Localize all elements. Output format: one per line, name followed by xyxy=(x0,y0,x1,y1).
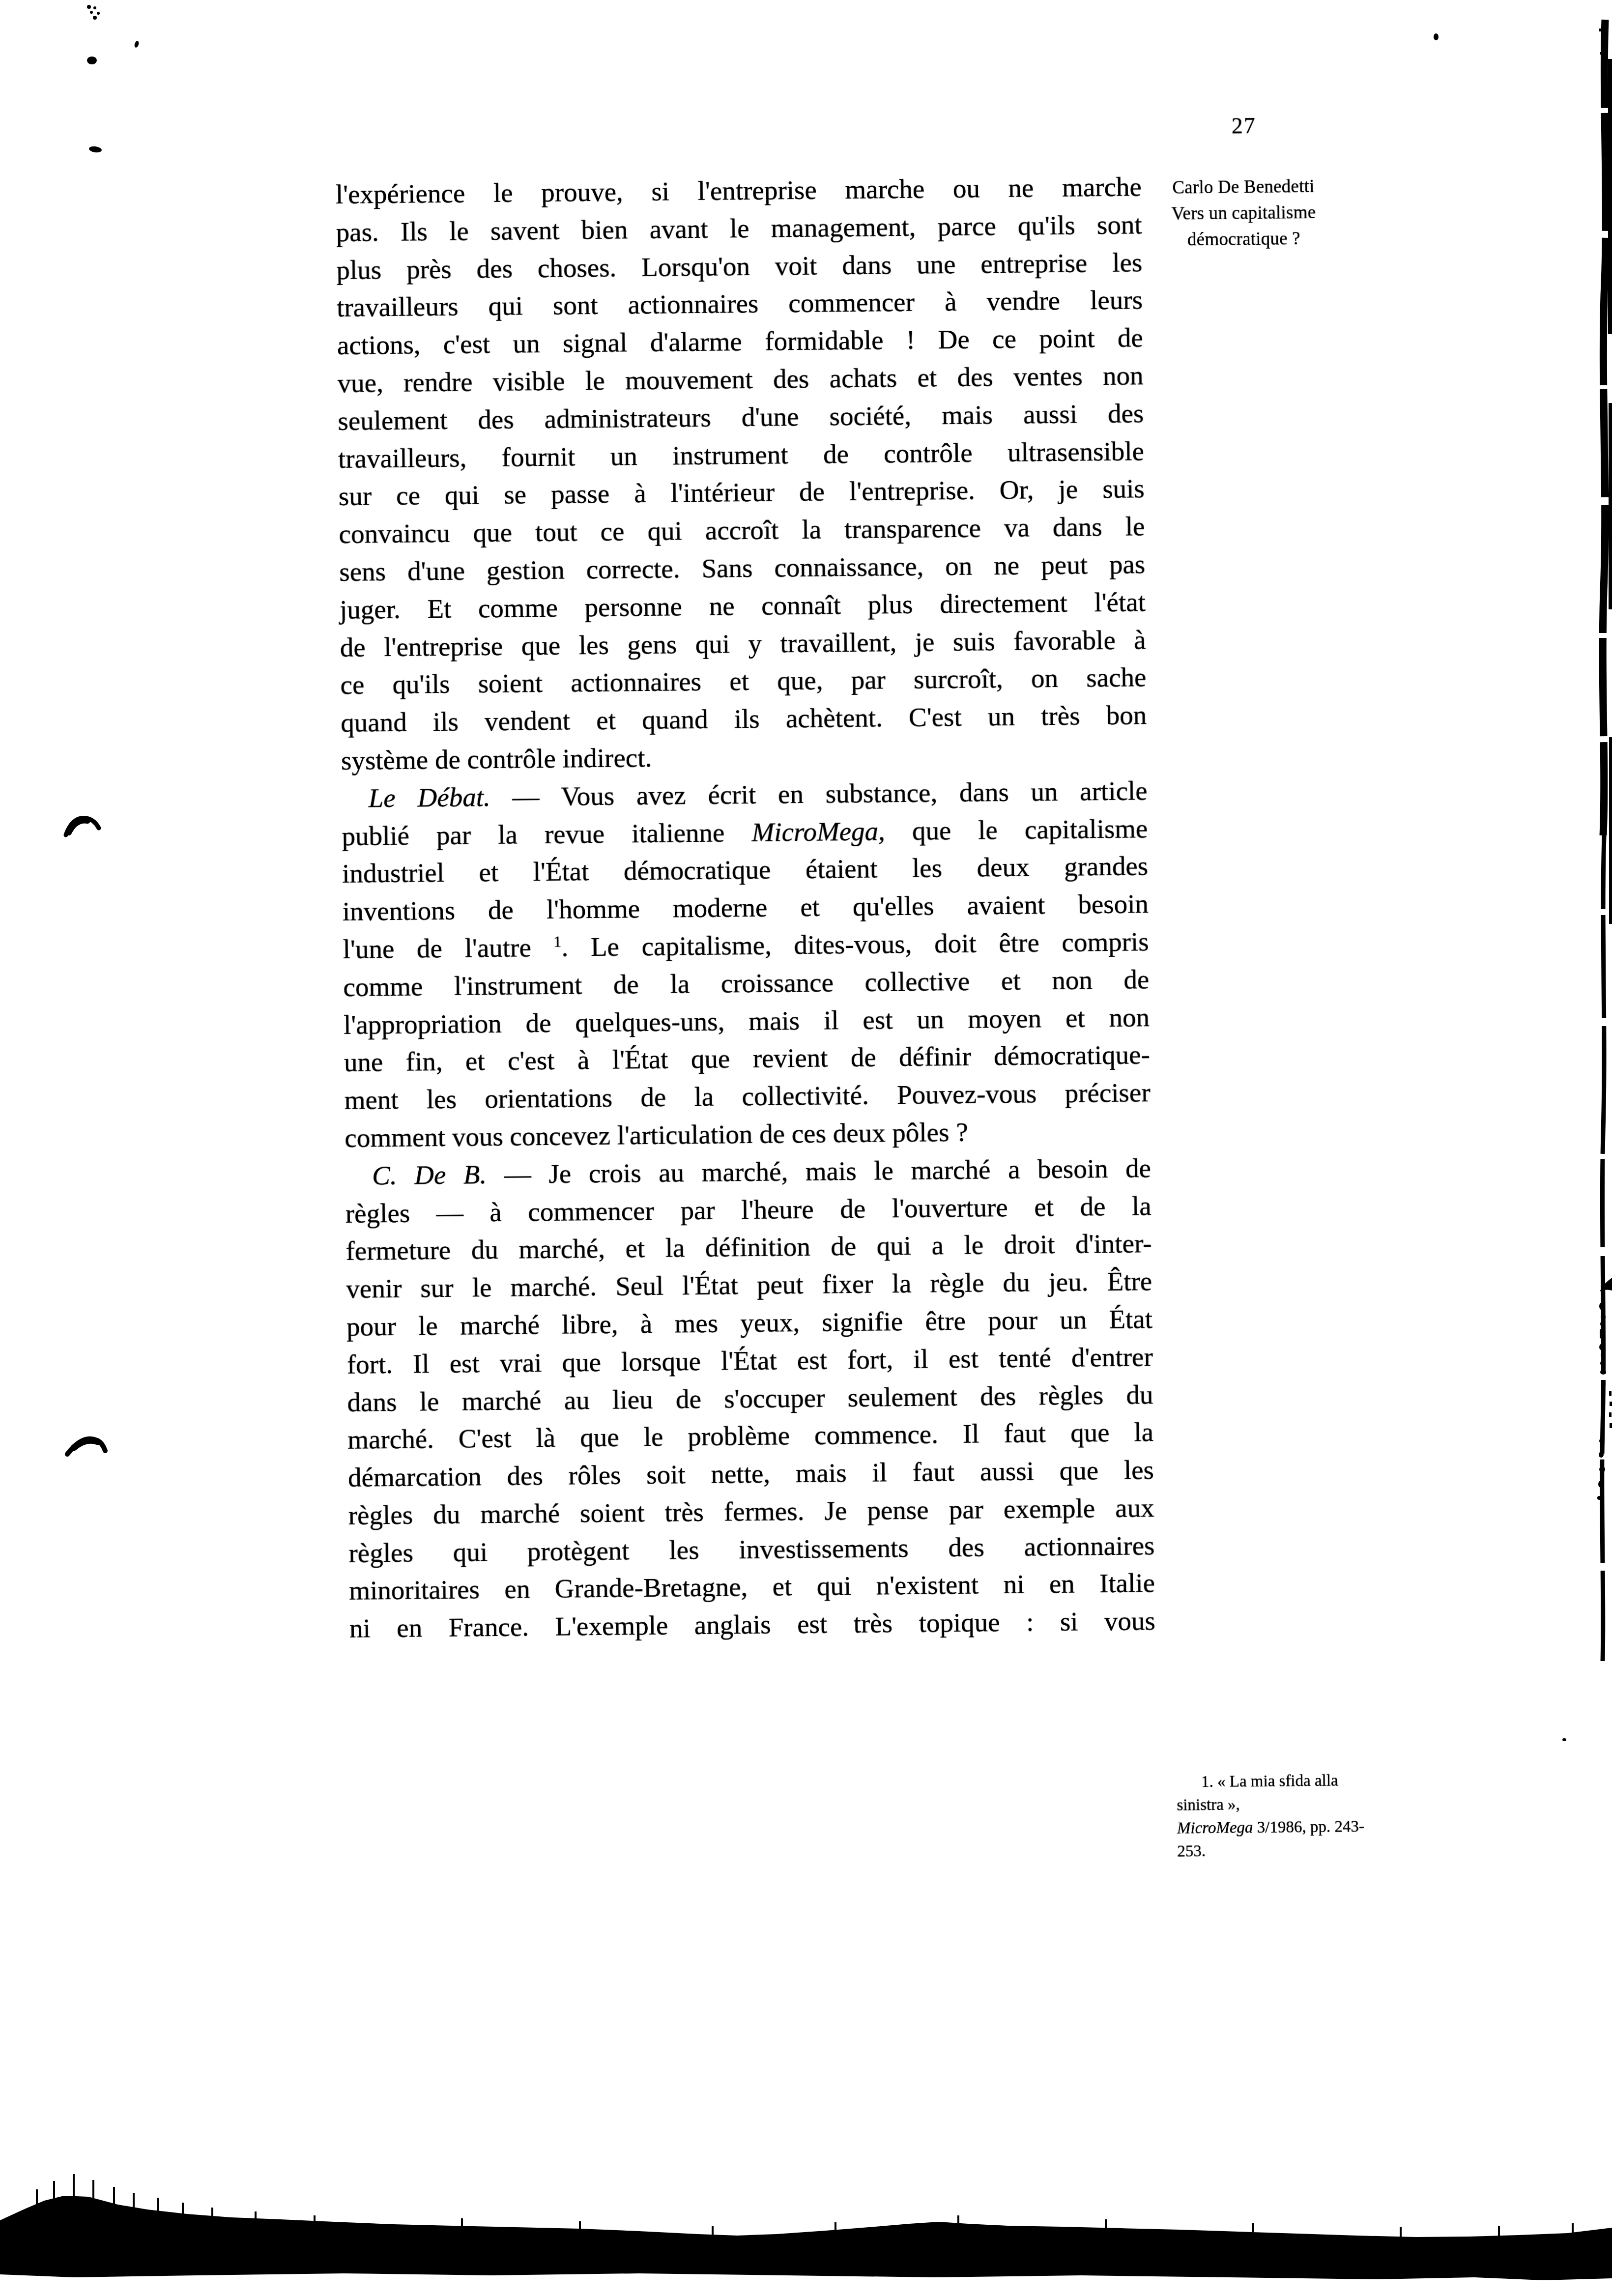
page-number: 27 xyxy=(1214,113,1273,139)
running-head: Carlo De Benedetti Vers un capitalisme d… xyxy=(1145,173,1343,253)
text-run: ment les orientations de la collectivité… xyxy=(344,1077,1151,1115)
text-run: actions, c'est un signal d'alarme formid… xyxy=(337,322,1144,360)
text-run: que le capitalisme xyxy=(885,813,1148,846)
text-run: — Je crois au marché, mais le marché a b… xyxy=(487,1153,1151,1189)
text-run: système de contrôle indirect. xyxy=(341,743,652,775)
text-run: ce qu'ils soient actionnaires et que, pa… xyxy=(340,662,1147,700)
text-run: quand ils vendent et quand ils achètent.… xyxy=(341,700,1147,738)
text-run: industriel et l'État démocratique étaien… xyxy=(342,851,1149,889)
text-run: seulement des administrateurs d'une soci… xyxy=(338,398,1144,436)
text-run: venir sur le marché. Seul l'État peut fi… xyxy=(346,1266,1152,1304)
text-line: 1. « La mia sfida alla sinistra », xyxy=(1177,1769,1388,1817)
text-run: 1. « La mia sfida alla sinistra », xyxy=(1177,1772,1338,1814)
scanned-book-page: { "page": { "number": "27", "header": { … xyxy=(0,0,1612,2296)
text-run: l'appropriation de quelques-uns, mais il… xyxy=(344,1002,1150,1040)
superscript-footnote-ref: 1 xyxy=(553,933,561,950)
italic-text: MicroMega, xyxy=(751,816,885,847)
text-run: convaincu que tout ce qui accroît la tra… xyxy=(339,511,1145,549)
text-run: démarcation des rôles soit nette, mais i… xyxy=(348,1455,1154,1492)
text-run: ni en France. L'exemple anglais est très… xyxy=(349,1606,1156,1643)
running-head-title-line2: démocratique ? xyxy=(1146,225,1342,253)
text-line: ni en France. L'exemple anglais est très… xyxy=(349,1602,1156,1648)
text-run: juger. Et comme personne ne connaît plus… xyxy=(340,587,1146,625)
text-run: pour le marché libre, à mes yeux, signif… xyxy=(346,1304,1153,1342)
body-text-column: l'expérience le prouve, si l'entreprise … xyxy=(336,168,1156,1648)
text-line: ment les orientations de la collectivité… xyxy=(344,1074,1151,1119)
text-run: publié par la revue italienne xyxy=(342,817,752,851)
text-run: l'expérience le prouve, si l'entreprise … xyxy=(336,172,1142,209)
text-run: . Le capitalisme, dites-vous, doit être … xyxy=(561,926,1149,962)
text-run: minoritaires en Grande-Bretagne, et qui … xyxy=(349,1568,1155,1606)
text-run: — Vous avez écrit en substance, dans un … xyxy=(490,775,1148,812)
italic-text: MicroMega xyxy=(1177,1819,1253,1837)
text-run: marché. C'est là que le problème commenc… xyxy=(347,1417,1154,1455)
text-line: MicroMega 3/1986, pp. 243-253. xyxy=(1177,1815,1389,1864)
text-run: l'une de l'autre xyxy=(343,932,553,964)
text-run: vue, rendre visible le mouvement des ach… xyxy=(337,360,1144,398)
text-run: comment vous concevez l'articulation de … xyxy=(345,1117,968,1153)
text-line: quand ils vendent et quand ils achètent.… xyxy=(341,696,1147,742)
text-run: travailleurs qui sont actionnaires comme… xyxy=(337,285,1143,323)
running-head-title-line1: Vers un capitalisme xyxy=(1145,199,1342,227)
text-run: inventions de l'homme moderne et qu'elle… xyxy=(343,889,1149,926)
text-run: sens d'une gestion correcte. Sans connai… xyxy=(339,549,1146,587)
text-run: règles du marché soient très fermes. Je … xyxy=(348,1492,1154,1530)
text-run: sur ce qui se passe à l'intérieur de l'e… xyxy=(339,474,1145,512)
text-run: règles — à commencer par l'heure de l'ou… xyxy=(345,1191,1152,1229)
running-head-author: Carlo De Benedetti xyxy=(1145,173,1342,201)
text-run: travailleurs, fournit un instrument de c… xyxy=(338,436,1145,474)
footnote: 1. « La mia sfida alla sinistra »,MicroM… xyxy=(1177,1769,1389,1864)
text-run: fermeture du marché, et la définition de… xyxy=(345,1228,1152,1266)
italic-text: C. De B. xyxy=(372,1159,487,1190)
text-run: fort. Il est vrai que lorsque l'État est… xyxy=(347,1342,1153,1379)
text-run: de l'entreprise que les gens qui y trava… xyxy=(340,625,1147,662)
text-run: plus près des choses. Lorsqu'on voit dan… xyxy=(336,247,1143,285)
page-content: 27 Carlo De Benedetti Vers un capitalism… xyxy=(0,0,1612,2296)
text-run: comme l'instrument de la croissance coll… xyxy=(343,964,1150,1002)
text-run: dans le marché au lieu de s'occuper seul… xyxy=(347,1379,1153,1417)
text-run: pas. Ils le savent bien avant le managem… xyxy=(336,209,1142,247)
text-run: une fin, et c'est à l'État que revient d… xyxy=(344,1040,1151,1078)
text-run: règles qui protègent les investissements… xyxy=(348,1530,1155,1568)
italic-text: Le Débat. xyxy=(368,782,490,813)
